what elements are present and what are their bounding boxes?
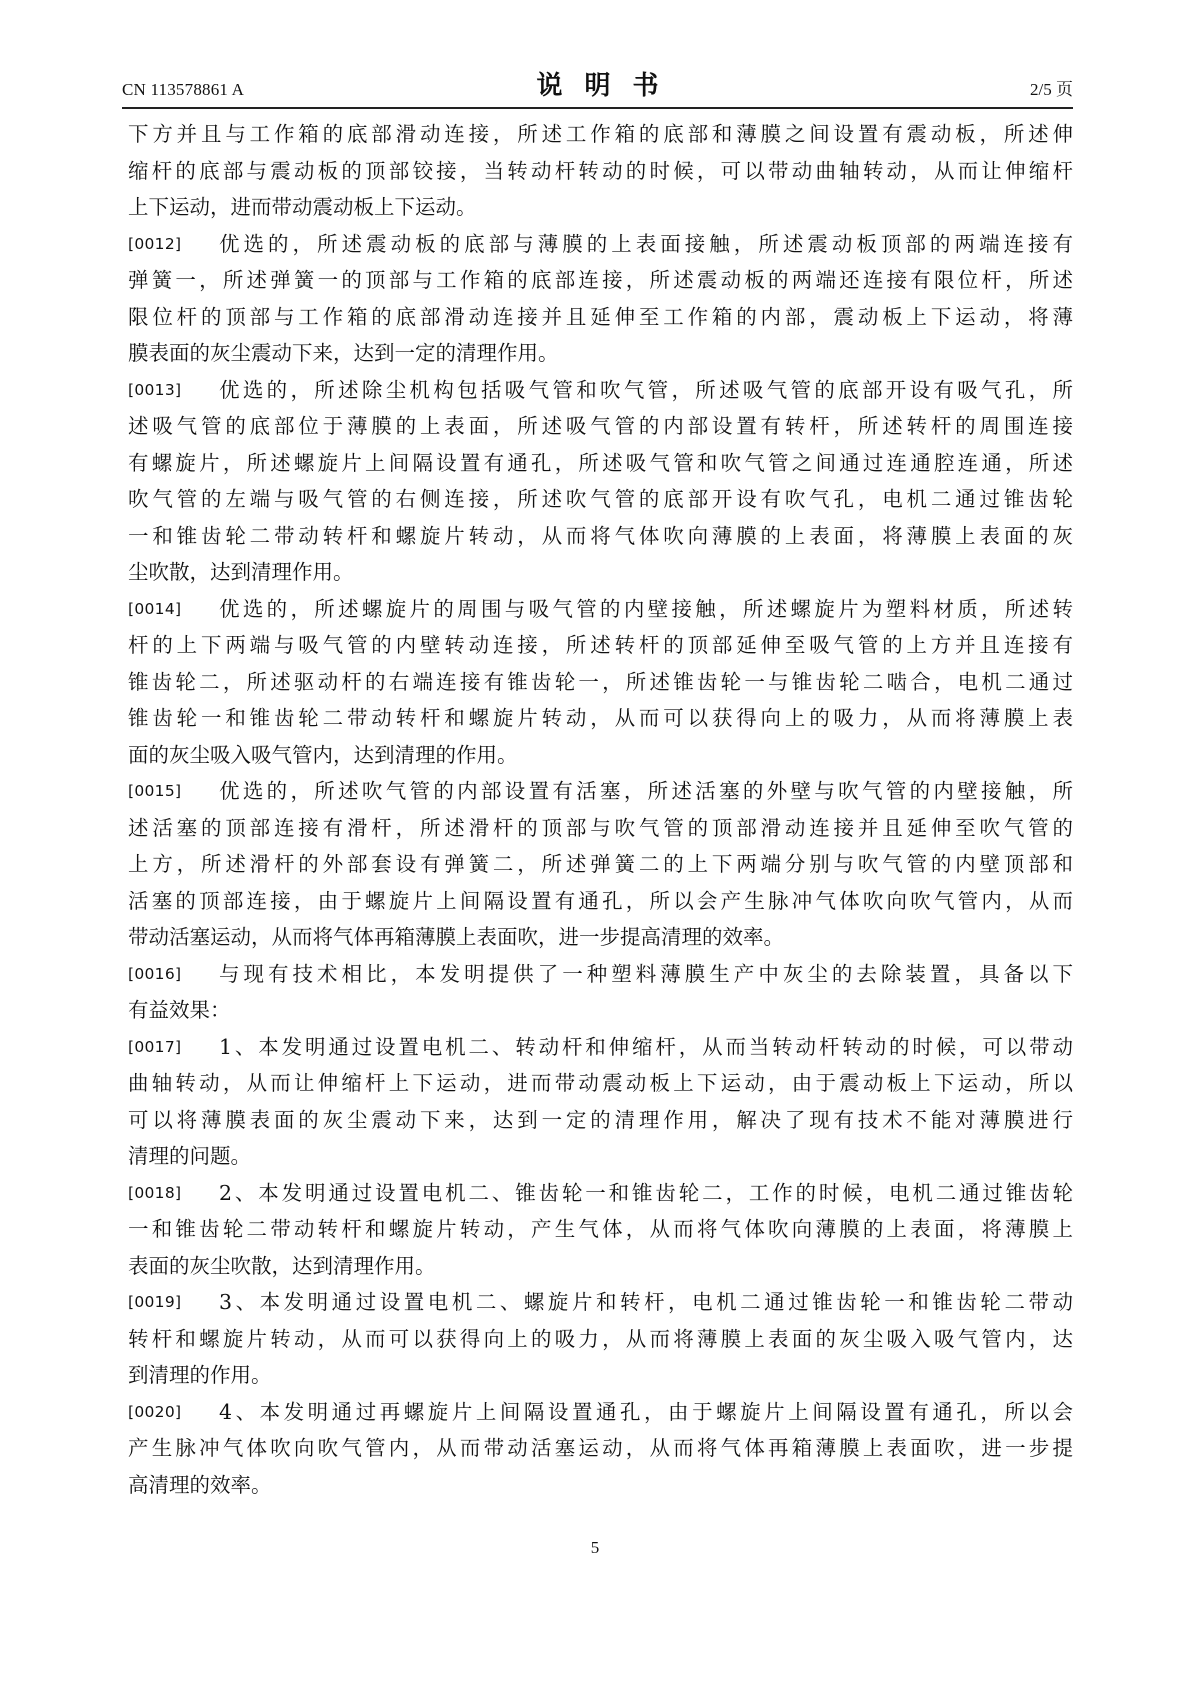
paragraph-text: 锥齿轮二，所述驱动杆的右端连接有锥齿轮一，所述锥齿轮一与锥齿轮二啮合，电机二通过 [128, 664, 1073, 701]
paragraph-line: 弹簧一，所述弹簧一的顶部与工作箱的底部连接，所述震动板的两端还连接有限位杆，所述 [128, 262, 1073, 299]
paragraph-line: [0013]优选的，所述除尘机构包括吸气管和吹气管，所述吸气管的底部开设有吸气孔… [128, 372, 1073, 409]
document-title: 说明书 [122, 65, 1073, 102]
page-count: 2/5 页 [1030, 75, 1073, 100]
paragraph-text: 下方并且与工作箱的底部滑动连接，所述工作箱的底部和薄膜之间设置有震动板，所述伸 [128, 116, 1073, 153]
paragraph-text: 述活塞的顶部连接有滑杆，所述滑杆的顶部与吹气管的顶部滑动连接并且延伸至吹气管的 [128, 810, 1073, 847]
paragraph-text: 有螺旋片，所述螺旋片上间隔设置有通孔，所述吸气管和吹气管之间通过连通腔连通，所述 [128, 445, 1073, 482]
paragraph-line: 一和锥齿轮二带动转杆和螺旋片转动，从而将气体吹向薄膜的上表面，将薄膜上表面的灰 [128, 518, 1073, 555]
paragraph-text: 吹气管的左端与吸气管的右侧连接，所述吹气管的底部开设有吹气孔，电机二通过锥齿轮 [128, 481, 1073, 518]
paragraph-line: [0015]优选的，所述吹气管的内部设置有活塞，所述活塞的外壁与吹气管的内壁接触… [128, 773, 1073, 810]
paragraph-text: 一和锥齿轮二带动转杆和螺旋片转动，产生气体，从而将气体吹向薄膜的上表面，将薄膜上 [128, 1211, 1073, 1248]
paragraph-text: 活塞的顶部连接，由于螺旋片上间隔设置有通孔，所以会产生脉冲气体吹向吹气管内，从而 [128, 883, 1073, 920]
paragraph-line: 面的灰尘吸入吸气管内，达到清理的作用。 [128, 737, 1073, 774]
paragraph-text: 杆的上下两端与吸气管的内壁转动连接，所述转杆的顶部延伸至吸气管的上方并且连接有 [128, 627, 1073, 664]
paragraph-text: 到清理的作用。 [128, 1357, 1073, 1394]
paragraph-line: 尘吹散，达到清理作用。 [128, 554, 1073, 591]
paragraph-line: [0017]1、本发明通过设置电机二、转动杆和伸缩杆，从而当转动杆转动的时候，可… [128, 1029, 1073, 1066]
paragraph-number: [0017] [128, 1029, 219, 1066]
paragraph-line: 曲轴转动，从而让伸缩杆上下运动，进而带动震动板上下运动，由于震动板上下运动，所以 [128, 1065, 1073, 1102]
paragraph-line: 有益效果： [128, 992, 1073, 1029]
paragraph-text: 优选的，所述除尘机构包括吸气管和吹气管，所述吸气管的底部开设有吸气孔，所 [219, 372, 1073, 409]
paragraph-text: 一和锥齿轮二带动转杆和螺旋片转动，从而将气体吹向薄膜的上表面，将薄膜上表面的灰 [128, 518, 1073, 555]
paragraph-text: 优选的，所述吹气管的内部设置有活塞，所述活塞的外壁与吹气管的内壁接触，所 [219, 773, 1073, 810]
paragraph-text: 尘吹散，达到清理作用。 [128, 554, 1073, 591]
paragraph-line: 锥齿轮一和锥齿轮二带动转杆和螺旋片转动，从而可以获得向上的吸力，从而将薄膜上表 [128, 700, 1073, 737]
paragraph-line: 一和锥齿轮二带动转杆和螺旋片转动，产生气体，从而将气体吹向薄膜的上表面，将薄膜上 [128, 1211, 1073, 1248]
paragraph-number: [0018] [128, 1175, 219, 1212]
paragraph-line: 缩杆的底部与震动板的顶部铰接，当转动杆转动的时候，可以带动曲轴转动，从而让伸缩杆 [128, 153, 1073, 190]
paragraph-line: 活塞的顶部连接，由于螺旋片上间隔设置有通孔，所以会产生脉冲气体吹向吹气管内，从而 [128, 883, 1073, 920]
paragraph-text: 高清理的效率。 [128, 1467, 1073, 1504]
paragraph-text: 面的灰尘吸入吸气管内，达到清理的作用。 [128, 737, 1073, 774]
page-number: 5 [0, 1538, 1190, 1558]
paragraph-text: 上方，所述滑杆的外部套设有弹簧二，所述弹簧二的上下两端分别与吹气管的内壁顶部和 [128, 846, 1073, 883]
paragraph-line: 膜表面的灰尘震动下来，达到一定的清理作用。 [128, 335, 1073, 372]
paragraph-text: 4、本发明通过再螺旋片上间隔设置通孔，由于螺旋片上间隔设置有通孔，所以会 [219, 1394, 1073, 1431]
paragraph-line: 吹气管的左端与吸气管的右侧连接，所述吹气管的底部开设有吹气孔，电机二通过锥齿轮 [128, 481, 1073, 518]
paragraph-text: 膜表面的灰尘震动下来，达到一定的清理作用。 [128, 335, 1073, 372]
paragraph-line: 可以将薄膜表面的灰尘震动下来，达到一定的清理作用，解决了现有技术不能对薄膜进行 [128, 1102, 1073, 1139]
paragraph-text: 产生脉冲气体吹向吹气管内，从而带动活塞运动，从而将气体再箱薄膜上表面吹，进一步提 [128, 1430, 1073, 1467]
paragraph-line: 下方并且与工作箱的底部滑动连接，所述工作箱的底部和薄膜之间设置有震动板，所述伸 [128, 116, 1073, 153]
paragraph-line: [0020]4、本发明通过再螺旋片上间隔设置通孔，由于螺旋片上间隔设置有通孔，所… [128, 1394, 1073, 1431]
paragraph-text: 优选的，所述震动板的底部与薄膜的上表面接触，所述震动板顶部的两端连接有 [219, 226, 1073, 263]
paragraph-line: [0016]与现有技术相比，本发明提供了一种塑料薄膜生产中灰尘的去除装置，具备以… [128, 956, 1073, 993]
document-body: 下方并且与工作箱的底部滑动连接，所述工作箱的底部和薄膜之间设置有震动板，所述伸缩… [128, 116, 1073, 1503]
paragraph-line: [0018]2、本发明通过设置电机二、锥齿轮一和锥齿轮二，工作的时候，电机二通过… [128, 1175, 1073, 1212]
paragraph-text: 有益效果： [128, 992, 1073, 1029]
paragraph-text: 带动活塞运动，从而将气体再箱薄膜上表面吹，进一步提高清理的效率。 [128, 919, 1073, 956]
header-divider [122, 107, 1073, 109]
paragraph-text: 述吸气管的底部位于薄膜的上表面，所述吸气管的内部设置有转杆，所述转杆的周围连接 [128, 408, 1073, 445]
paragraph-line: 高清理的效率。 [128, 1467, 1073, 1504]
paragraph-text: 1、本发明通过设置电机二、转动杆和伸缩杆，从而当转动杆转动的时候，可以带动 [219, 1029, 1073, 1066]
paragraph-text: 转杆和螺旋片转动，从而可以获得向上的吸力，从而将薄膜上表面的灰尘吸入吸气管内，达 [128, 1321, 1073, 1358]
paragraph-text: 优选的，所述螺旋片的周围与吸气管的内壁接触，所述螺旋片为塑料材质，所述转 [219, 591, 1073, 628]
paragraph-line: [0019]3、本发明通过设置电机二、螺旋片和转杆，电机二通过锥齿轮一和锥齿轮二… [128, 1284, 1073, 1321]
paragraph-number: [0015] [128, 773, 219, 810]
paragraph-line: 到清理的作用。 [128, 1357, 1073, 1394]
paragraph-line: 转杆和螺旋片转动，从而可以获得向上的吸力，从而将薄膜上表面的灰尘吸入吸气管内，达 [128, 1321, 1073, 1358]
paragraph-line: 表面的灰尘吹散，达到清理作用。 [128, 1248, 1073, 1285]
paragraph-line: 带动活塞运动，从而将气体再箱薄膜上表面吹，进一步提高清理的效率。 [128, 919, 1073, 956]
paragraph-number: [0020] [128, 1394, 219, 1431]
paragraph-line: 清理的问题。 [128, 1138, 1073, 1175]
paragraph-text: 表面的灰尘吹散，达到清理作用。 [128, 1248, 1073, 1285]
paragraph-text: 曲轴转动，从而让伸缩杆上下运动，进而带动震动板上下运动，由于震动板上下运动，所以 [128, 1065, 1073, 1102]
paragraph-line: 上下运动，进而带动震动板上下运动。 [128, 189, 1073, 226]
paragraph-line: 产生脉冲气体吹向吹气管内，从而带动活塞运动，从而将气体再箱薄膜上表面吹，进一步提 [128, 1430, 1073, 1467]
paragraph-text: 清理的问题。 [128, 1138, 1073, 1175]
paragraph-number: [0016] [128, 956, 219, 993]
paragraph-line: [0014]优选的，所述螺旋片的周围与吸气管的内壁接触，所述螺旋片为塑料材质，所… [128, 591, 1073, 628]
paragraph-line: 杆的上下两端与吸气管的内壁转动连接，所述转杆的顶部延伸至吸气管的上方并且连接有 [128, 627, 1073, 664]
paragraph-line: [0012]优选的，所述震动板的底部与薄膜的上表面接触，所述震动板顶部的两端连接… [128, 226, 1073, 263]
paragraph-number: [0012] [128, 226, 219, 263]
page-header: CN 113578861 A 说明书 2/5 页 [122, 64, 1073, 104]
paragraph-line: 限位杆的顶部与工作箱的底部滑动连接并且延伸至工作箱的内部，震动板上下运动，将薄 [128, 299, 1073, 336]
paragraph-line: 述活塞的顶部连接有滑杆，所述滑杆的顶部与吹气管的顶部滑动连接并且延伸至吹气管的 [128, 810, 1073, 847]
paragraph-line: 上方，所述滑杆的外部套设有弹簧二，所述弹簧二的上下两端分别与吹气管的内壁顶部和 [128, 846, 1073, 883]
paragraph-text: 弹簧一，所述弹簧一的顶部与工作箱的底部连接，所述震动板的两端还连接有限位杆，所述 [128, 262, 1073, 299]
paragraph-text: 上下运动，进而带动震动板上下运动。 [128, 189, 1073, 226]
paragraph-line: 述吸气管的底部位于薄膜的上表面，所述吸气管的内部设置有转杆，所述转杆的周围连接 [128, 408, 1073, 445]
paragraph-text: 锥齿轮一和锥齿轮二带动转杆和螺旋片转动，从而可以获得向上的吸力，从而将薄膜上表 [128, 700, 1073, 737]
paragraph-text: 缩杆的底部与震动板的顶部铰接，当转动杆转动的时候，可以带动曲轴转动，从而让伸缩杆 [128, 153, 1073, 190]
paragraph-number: [0019] [128, 1284, 219, 1321]
paragraph-number: [0014] [128, 591, 219, 628]
paragraph-line: 锥齿轮二，所述驱动杆的右端连接有锥齿轮一，所述锥齿轮一与锥齿轮二啮合，电机二通过 [128, 664, 1073, 701]
paragraph-text: 限位杆的顶部与工作箱的底部滑动连接并且延伸至工作箱的内部，震动板上下运动，将薄 [128, 299, 1073, 336]
paragraph-text: 可以将薄膜表面的灰尘震动下来，达到一定的清理作用，解决了现有技术不能对薄膜进行 [128, 1102, 1073, 1139]
paragraph-text: 3、本发明通过设置电机二、螺旋片和转杆，电机二通过锥齿轮一和锥齿轮二带动 [219, 1284, 1073, 1321]
paragraph-text: 2、本发明通过设置电机二、锥齿轮一和锥齿轮二，工作的时候，电机二通过锥齿轮 [219, 1175, 1073, 1212]
paragraph-number: [0013] [128, 372, 219, 409]
paragraph-line: 有螺旋片，所述螺旋片上间隔设置有通孔，所述吸气管和吹气管之间通过连通腔连通，所述 [128, 445, 1073, 482]
paragraph-text: 与现有技术相比，本发明提供了一种塑料薄膜生产中灰尘的去除装置，具备以下 [219, 956, 1073, 993]
